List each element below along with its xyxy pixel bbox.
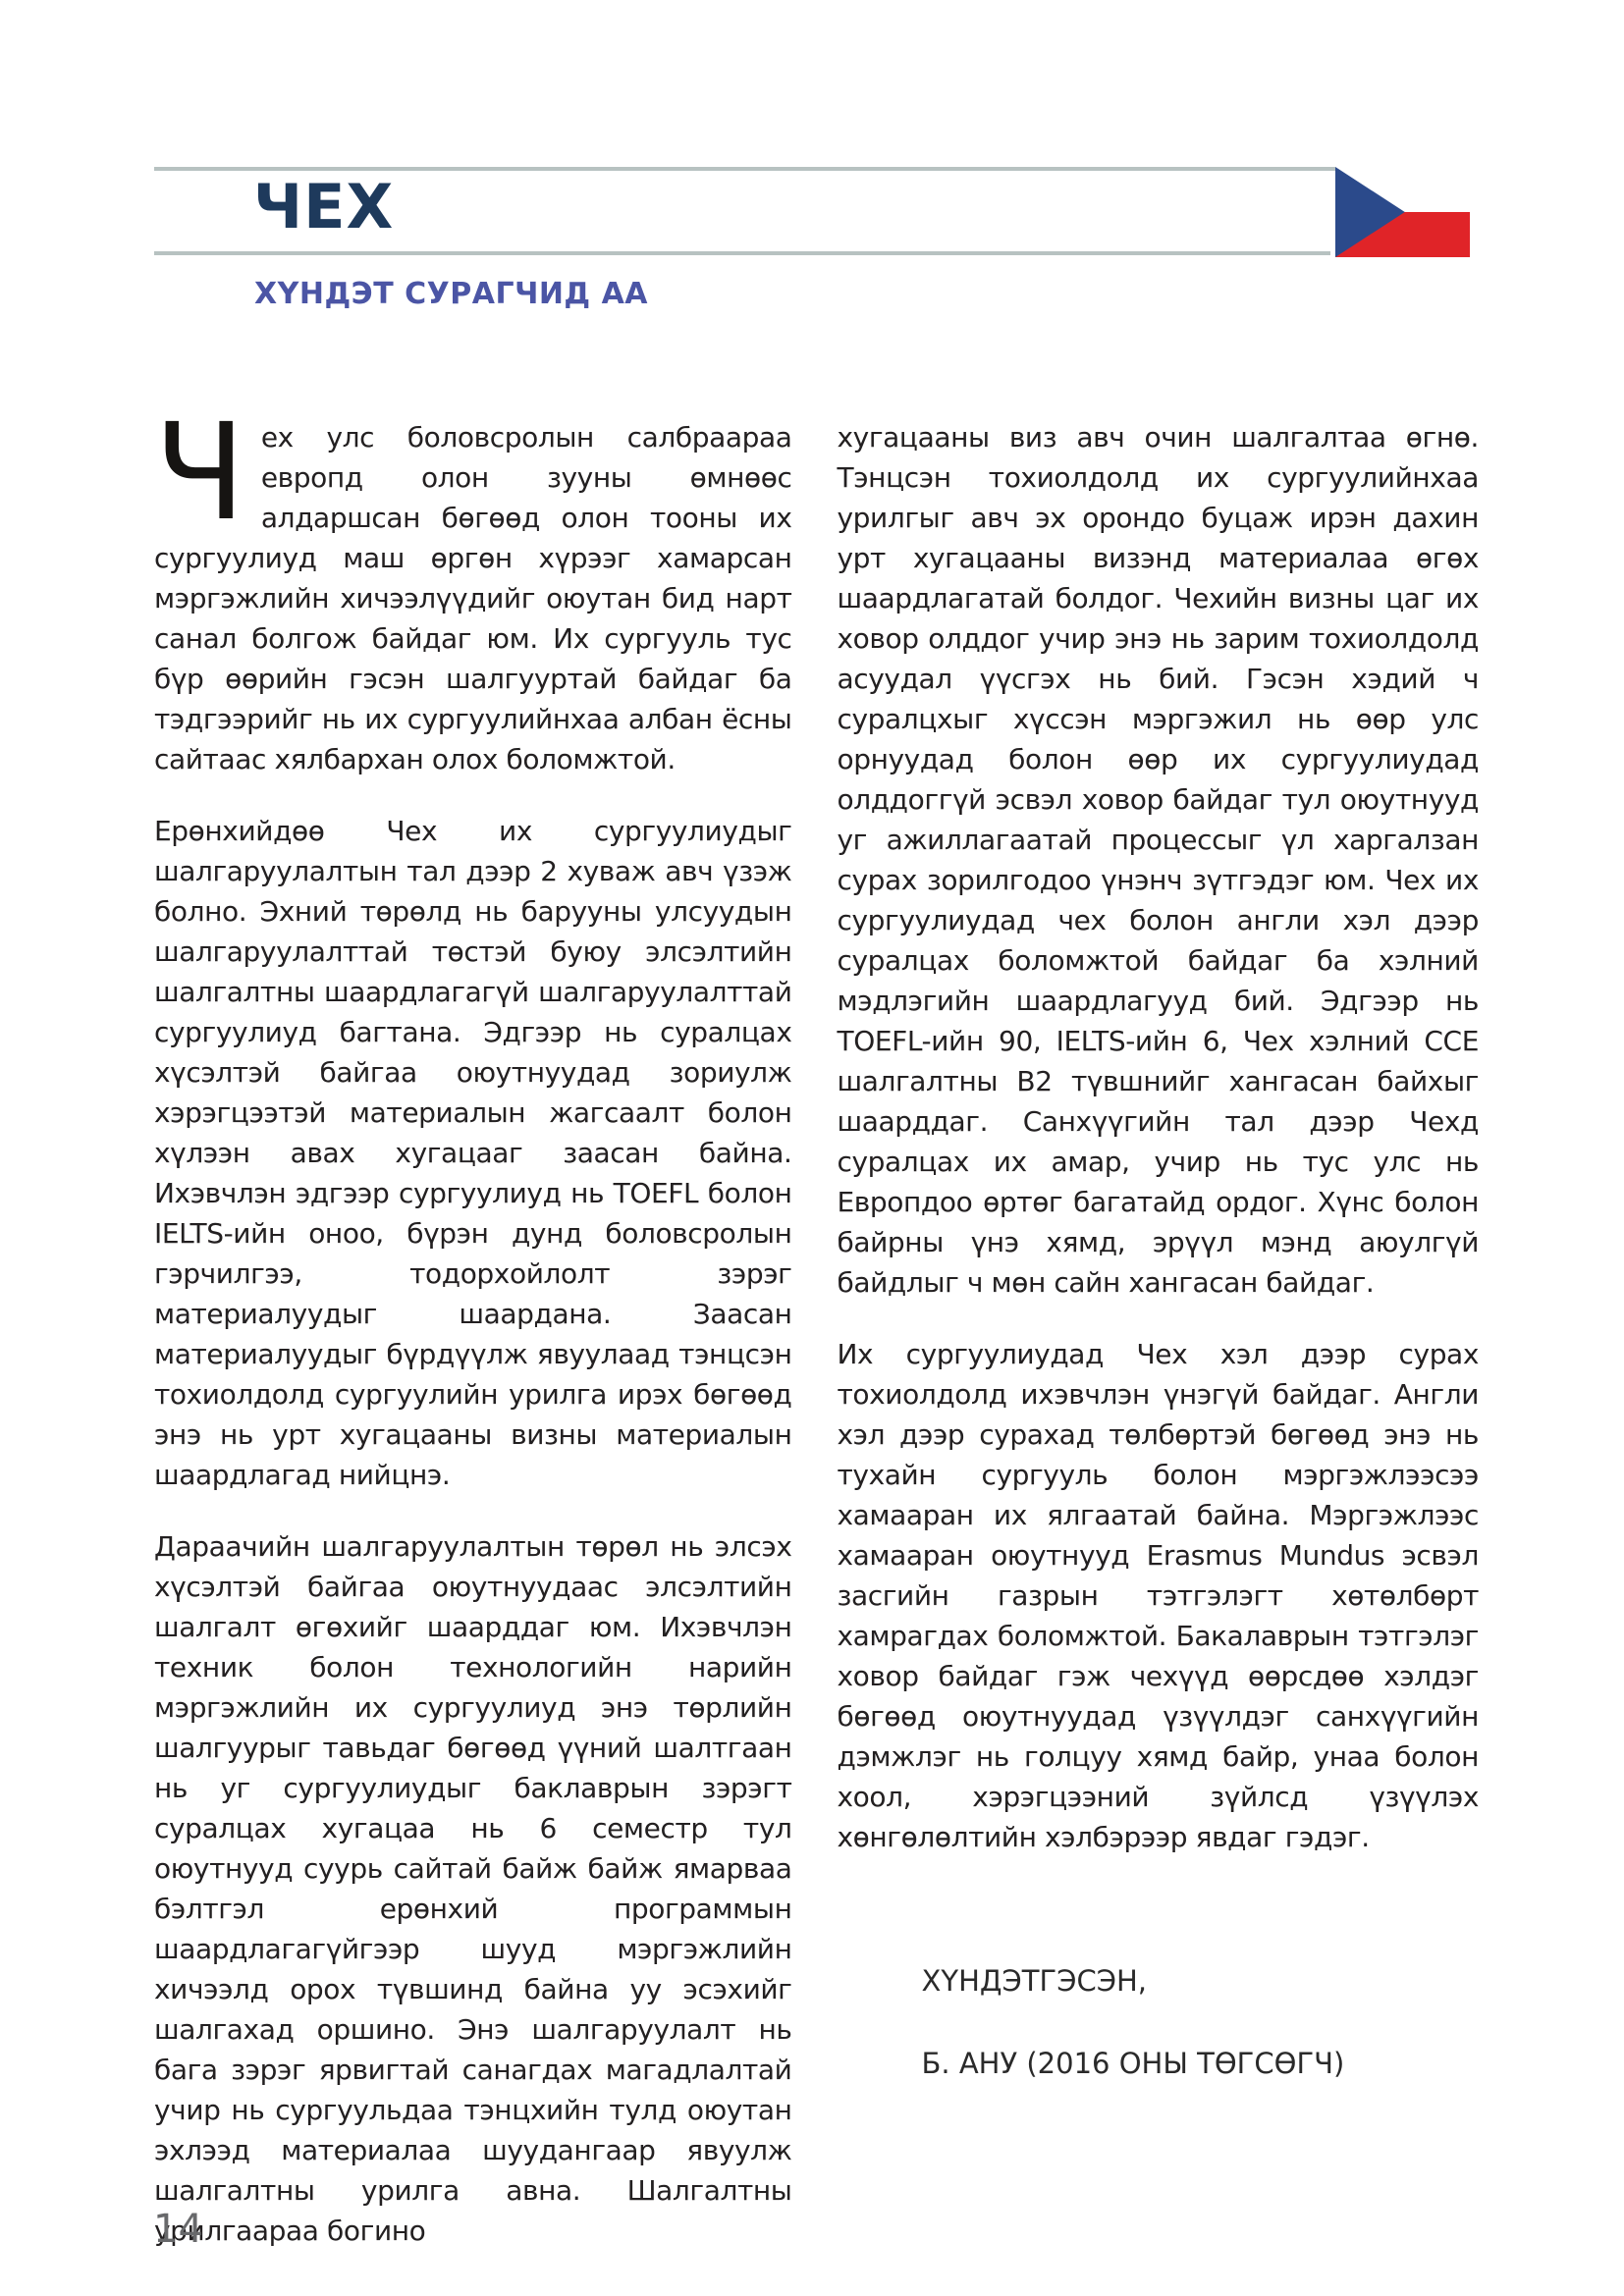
page-subtitle: ХҮНДЭТ СУРАГЧИД АА	[254, 278, 648, 311]
header-bottom-rule	[154, 251, 1330, 255]
paragraph: хугацааны виз авч очин шалгалтаа өгнө. Т…	[838, 417, 1480, 1303]
page-number: 14	[153, 2207, 203, 2252]
magazine-page: ЧЕХ ХҮНДЭТ СУРАГЧИД АА Чех улс боловсрол…	[0, 0, 1624, 2296]
paragraph: Ерөнхийдөө Чех их сургуулиудыг шалгаруул…	[154, 811, 792, 1495]
paragraph-text: ех улс боловсролын салбраараа европд оло…	[154, 421, 792, 775]
right-column: хугацааны виз авч очин шалгалтаа өгнө. Т…	[838, 417, 1480, 2251]
paragraph: Дараачийн шалгаруулалтын төрөл нь элсэх …	[154, 1526, 792, 2251]
drop-cap: Ч	[154, 421, 245, 537]
signature-author: Б. АНУ (2016 ОНЫ ТӨГСӨГЧ)	[922, 2046, 1480, 2081]
page-title: ЧЕХ	[253, 177, 394, 238]
signature-salutation: ХҮНДЭТГЭСЭН,	[922, 1963, 1480, 1999]
article-body: Чех улс боловсролын салбраараа европд ол…	[154, 417, 1479, 2251]
page-header: ЧЕХ ХҮНДЭТ СУРАГЧИД АА	[0, 0, 1624, 417]
czech-flag-icon	[1335, 167, 1470, 257]
signature-block: ХҮНДЭТГЭСЭН, Б. АНУ (2016 ОНЫ ТӨГСӨГЧ)	[922, 1963, 1480, 2081]
paragraph: Их сургуулиудад Чех хэл дээр сурах тохио…	[838, 1334, 1480, 1857]
left-column: Чех улс боловсролын салбраараа европд ол…	[154, 417, 792, 2251]
paragraph-lead: Чех улс боловсролын салбраараа европд ол…	[154, 417, 792, 779]
